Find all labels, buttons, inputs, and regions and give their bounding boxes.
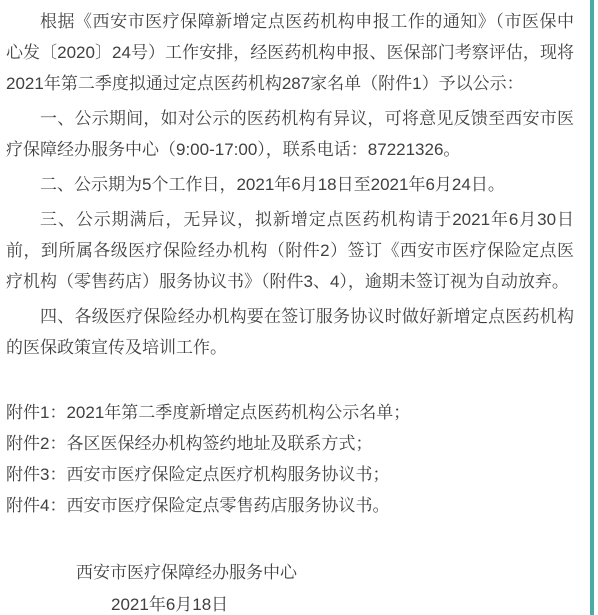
signature-org: 西安市医疗保障经办服务中心 [76,557,574,588]
right-accent-border [590,0,594,615]
attachment-list: 附件1：2021年第二季度新增定点医药机构公示名单； 附件2：各区医保经办机构签… [6,397,574,521]
notice-paragraph: 一、公示期间，如对公示的医药机构有异议，可将意见反馈至西安市医疗保障经办服务中心… [6,103,574,165]
attachment-item: 附件2：各区医保经办机构签约地址及联系方式； [6,428,574,459]
notice-paragraph: 四、各级医疗保险经办机构要在签订服务协议时做好新增定点医药机构的医保政策宣传及培… [6,301,574,363]
notice-paragraph: 二、公示期为5个工作日，2021年6月18日至2021年6月24日。 [6,169,574,200]
notice-paragraph: 三、公示期满后，无异议，拟新增定点医药机构请于2021年6月30日前，到所属各级… [6,204,574,297]
notice-paragraph: 根据《西安市医疗保障新增定点医药机构申报工作的通知》（市医保中心发〔2020〕2… [6,6,574,99]
signature-date: 2021年6月18日 [111,589,574,615]
signature-block: 西安市医疗保障经办服务中心 2021年6月18日 [6,557,574,615]
attachment-item: 附件1：2021年第二季度新增定点医药机构公示名单； [6,397,574,428]
notice-body: 根据《西安市医疗保障新增定点医药机构申报工作的通知》（市医保中心发〔2020〕2… [0,0,598,615]
attachment-item: 附件3：西安市医疗保险定点医疗机构服务协议书； [6,459,574,490]
attachment-item: 附件4：西安市医疗保险定点零售药店服务协议书。 [6,490,574,521]
